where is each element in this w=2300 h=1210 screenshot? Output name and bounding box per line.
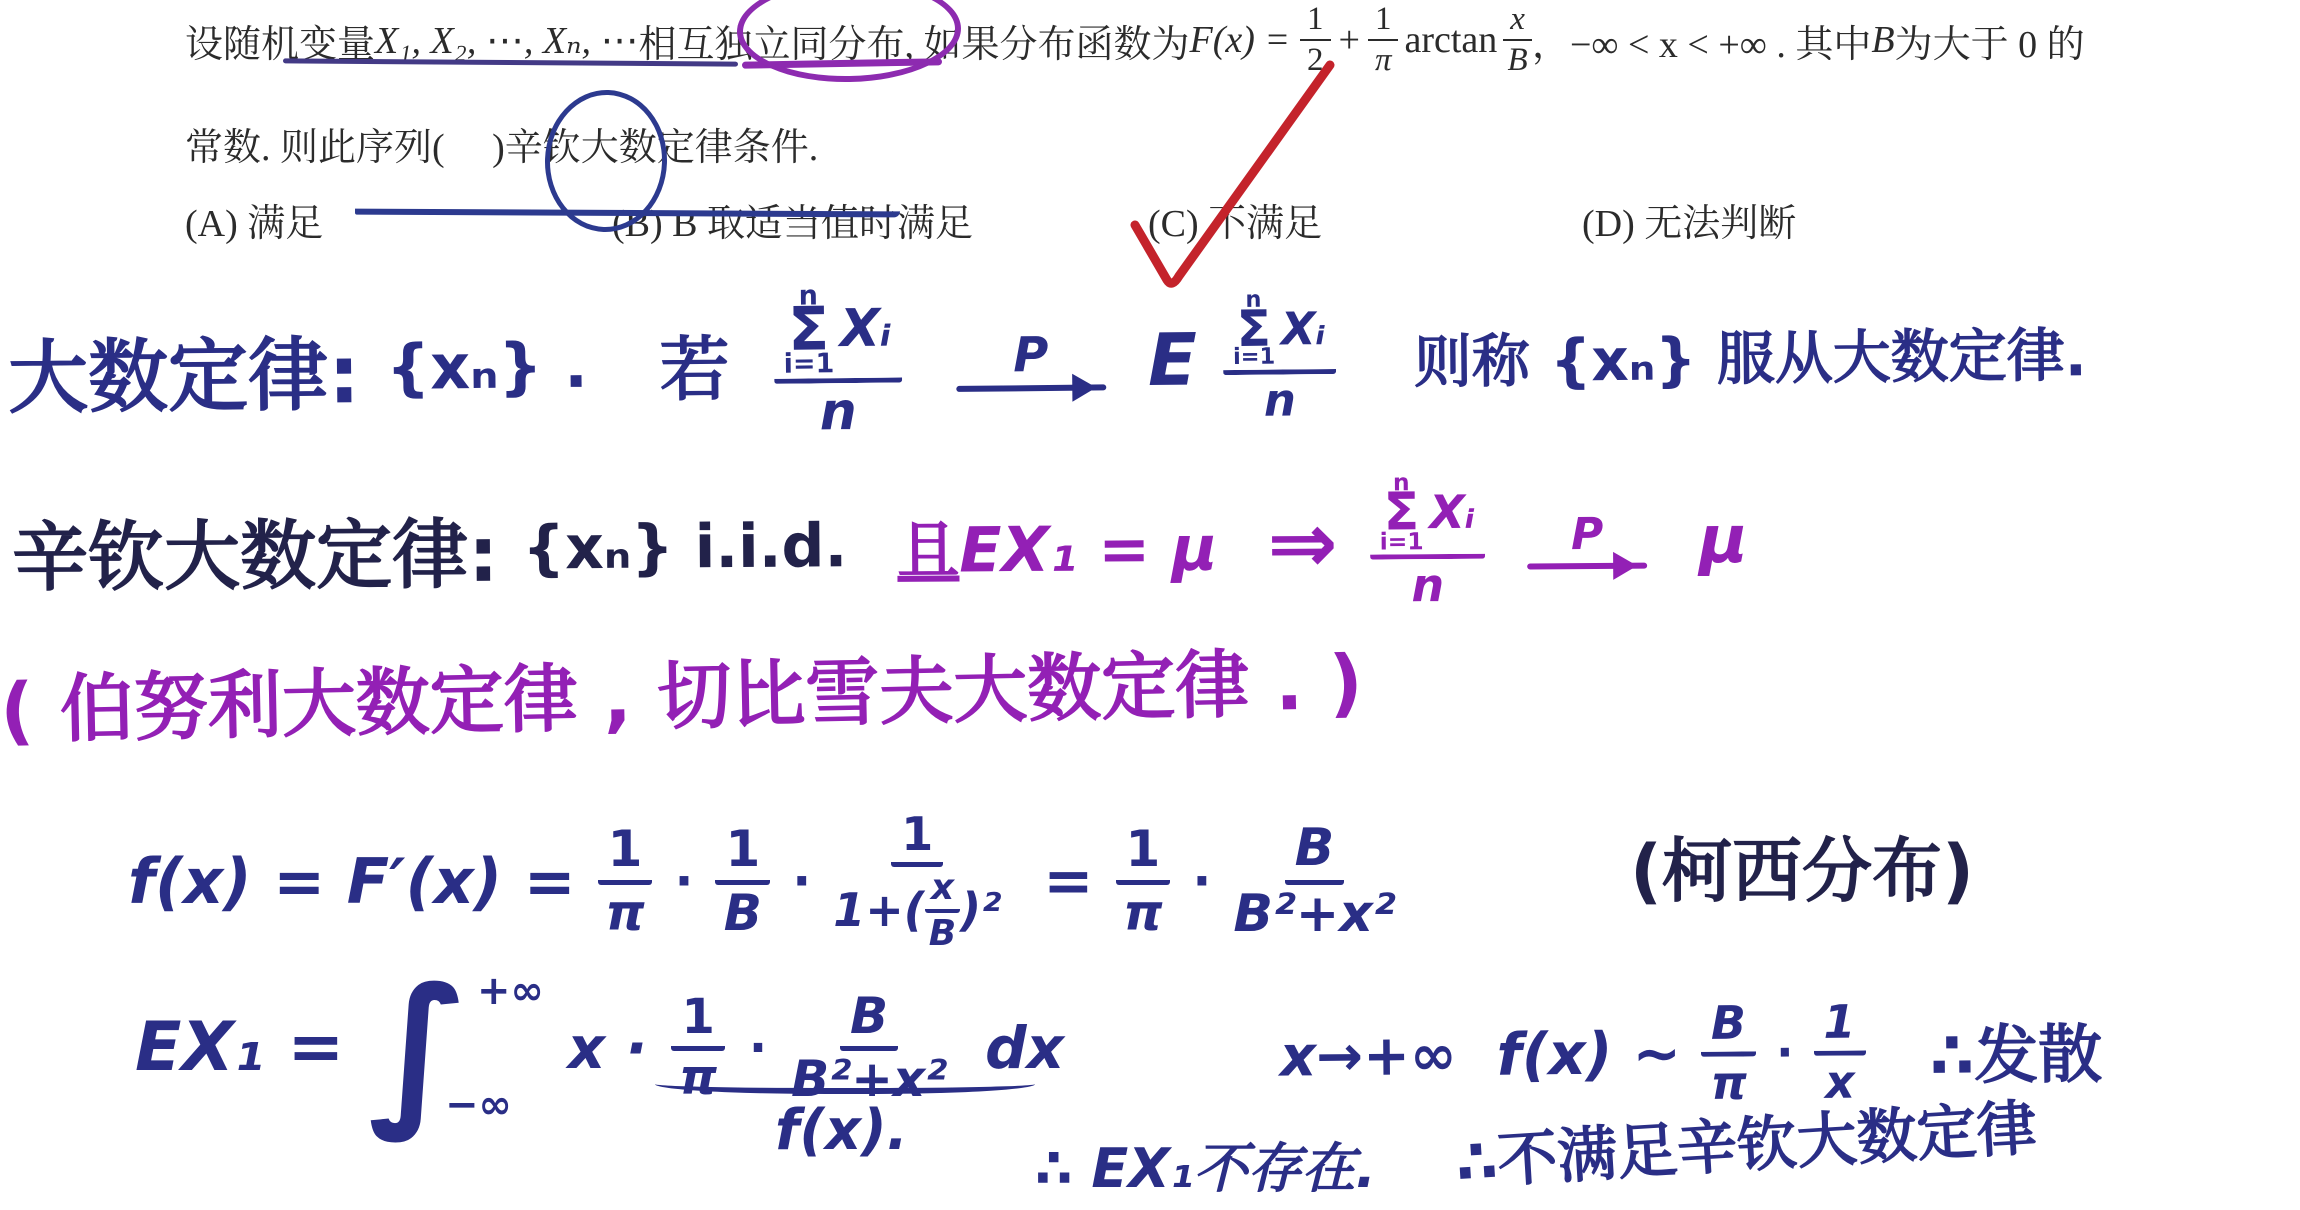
qie-underlined: 且 [897, 513, 960, 586]
integrand-x: x · [568, 1014, 648, 1082]
lln-conclusion-text: 则称 {xₙ} 服从大数定律. [1413, 308, 2087, 399]
other-laws-text: ( 伯努利大数定律 , 切比雪夫大数定律 . ) [0, 624, 1364, 759]
sample-mean-fraction: n Σ i=1 Xᵢ n [1369, 473, 1485, 610]
option-b: (B) B 取适当值时满足 [612, 192, 973, 247]
iid-condition: {xₙ} i.i.d. [522, 511, 847, 583]
sum-term: n Σ i=1 Xᵢ [1369, 473, 1485, 560]
multiply-dot: · [1776, 1025, 1794, 1079]
ex1-not-exist-conclusion: ∴ EX₁不存在. [1035, 1126, 1376, 1203]
sum-variable: Xᵢ [840, 302, 892, 357]
sample-mean-fraction: n Σ i=1 Xᵢ n [773, 285, 903, 441]
density-derivation-row: f(x) = F′(x) = 1 π · 1 B · 1 1+( x B )² … [128, 806, 1396, 956]
expectation-lhs: EX₁ = [135, 1008, 344, 1087]
p-label: P [1571, 512, 1604, 556]
numerator: B [1701, 999, 1757, 1057]
denominator: B [724, 885, 762, 940]
lln-title: 大数定律: [7, 310, 360, 429]
red-checkmark-icon [1105, 35, 1350, 295]
denominator: π [605, 885, 645, 940]
problem-line-2: 常数. 则此序列( )辛钦大数定律条件. [185, 116, 818, 171]
khinchin-title: 辛钦大数定律: [12, 494, 499, 606]
problem-text: 为大于 0 的 [1895, 13, 2085, 68]
denominator: 1+( x B )² [833, 867, 1001, 953]
if-label: 若 [659, 313, 730, 415]
den-suffix: )² [960, 886, 1001, 934]
denominator: n [1411, 559, 1444, 610]
numerator: 1 [1813, 998, 1866, 1056]
arrow-icon [956, 384, 1106, 392]
fraction-x-over-B: x B [1503, 2, 1532, 77]
parenthetical-laws-row: ( 伯努利大数定律 , 切比雪夫大数定律 . ) [0, 612, 1364, 771]
arrow-icon [1527, 562, 1647, 569]
mu-limit: μ [1699, 501, 1748, 578]
denominator: B [929, 913, 956, 953]
cauchy-distribution-label: (柯西分布) [1630, 815, 1974, 916]
numerator: 1 [1116, 823, 1171, 885]
sum-term: n Σ i=1 Xᵢ [773, 285, 902, 384]
option-a: (A) 满足 [185, 192, 323, 247]
numerator: 1 [671, 992, 724, 1051]
numerator: 1 [715, 823, 770, 885]
option-d: (D) 无法判断 [1582, 192, 1796, 247]
constant-B: B [1871, 18, 1894, 62]
arctan-label: arctan [1404, 18, 1497, 62]
mean-condition: 且EX₁ = μ [897, 499, 1218, 590]
multiply-dot: · [1192, 852, 1211, 910]
sum-lower-limit: i=1 [1233, 348, 1275, 366]
equals-sign: = [1043, 846, 1093, 916]
nested-fraction-x-over-B: x B [925, 869, 960, 953]
multiply-dot: · [749, 1020, 767, 1076]
fraction-one-over-B: 1 B [715, 823, 770, 939]
denominator: B [1508, 41, 1528, 78]
sequence-notation: {xₙ} . [386, 329, 588, 404]
sum-term: n Σ i=1 Xᵢ [1222, 291, 1336, 375]
multiply-dot: · [674, 852, 693, 910]
denominator: n [1264, 375, 1297, 425]
implies-icon: ⇒ [1267, 493, 1338, 591]
prob-convergence-arrow: P [1527, 512, 1647, 569]
expectation-E: E [1147, 317, 1197, 402]
khinchin-lln-row: 辛钦大数定律: {xₙ} i.i.d. 且EX₁ = μ ⇒ n Σ i=1 X… [11, 462, 1748, 629]
density-underbrace-label: f(x). [775, 1098, 908, 1163]
sum-lower-limit: i=1 [784, 353, 835, 375]
fraction-one-over-pi: 1 π [1116, 823, 1171, 939]
density-asymptotic: f(x) ~ [1496, 1019, 1681, 1089]
summation: n Σ i=1 [1232, 292, 1275, 367]
upper-limit: +∞ [477, 968, 544, 1014]
fraction-B-over-pi: B π [1701, 999, 1757, 1107]
denominator: π [1123, 885, 1163, 940]
lower-limit: −∞ [445, 1082, 544, 1128]
summation: n Σ i=1 [1379, 474, 1423, 551]
summation: n Σ i=1 [783, 285, 835, 374]
numerator: 1 [1368, 2, 1399, 41]
random-variable-sequence: X₁, X₂, ⋯, Xₙ, ⋯ [375, 18, 638, 63]
fraction-one-over-x: 1 x [1813, 998, 1866, 1106]
fraction-one-over-pi: 1 π [1368, 2, 1399, 77]
prob-convergence-arrow: P [956, 330, 1107, 392]
sum-variable: Xᵢ [1281, 305, 1326, 353]
integrand-underbrace [655, 1072, 1035, 1094]
sum-variable: Xᵢ [1429, 488, 1475, 537]
numerator: B [1285, 821, 1345, 885]
integral: ∫ +∞ −∞ [368, 968, 543, 1128]
denominator: π [1375, 41, 1392, 78]
problem-text: ，−∞ < x < +∞ . 其中 [1532, 13, 1871, 68]
sigma-icon: Σ [788, 307, 829, 354]
numerator: B [840, 990, 898, 1052]
sum-lower-limit: i=1 [1380, 532, 1424, 551]
numerator: 1 [891, 810, 943, 867]
expectation-integral-row: EX₁ = ∫ +∞ −∞ x · 1 π · B B²+x² dx [135, 950, 1064, 1145]
p-label: P [1013, 330, 1049, 378]
denominator: n [819, 383, 857, 440]
numerator: x [1503, 2, 1532, 41]
denominator: B²+x² [1233, 885, 1395, 942]
multiply-dot: · [792, 852, 811, 910]
mean-equals-mu: EX₁ = μ [959, 512, 1218, 587]
density-lhs: f(x) = F′(x) = [128, 845, 576, 918]
fraction-B-over-B2-x2: B B²+x² [1233, 821, 1395, 941]
numerator: 1 [598, 823, 653, 885]
fraction-lorentzian: 1 1+( x B )² [833, 810, 1001, 953]
expected-mean-fraction: n Σ i=1 Xᵢ n [1222, 291, 1336, 425]
x-to-infinity: x→+∞ [1280, 1023, 1457, 1090]
integral-limits: +∞ −∞ [455, 968, 544, 1128]
fraction-one-over-pi: 1 π [598, 823, 653, 939]
den-prefix: 1+( [833, 886, 925, 934]
numerator: x [925, 869, 960, 913]
lln-definition-row: 大数定律: {xₙ} . 若 n Σ i=1 Xᵢ n P E n Σ [7, 267, 2087, 454]
handwritten-notes-page: 设随机变量 X₁, X₂, ⋯, Xₙ, ⋯ 相互独立同分布, 如果分布函数为 … [0, 0, 2300, 1210]
